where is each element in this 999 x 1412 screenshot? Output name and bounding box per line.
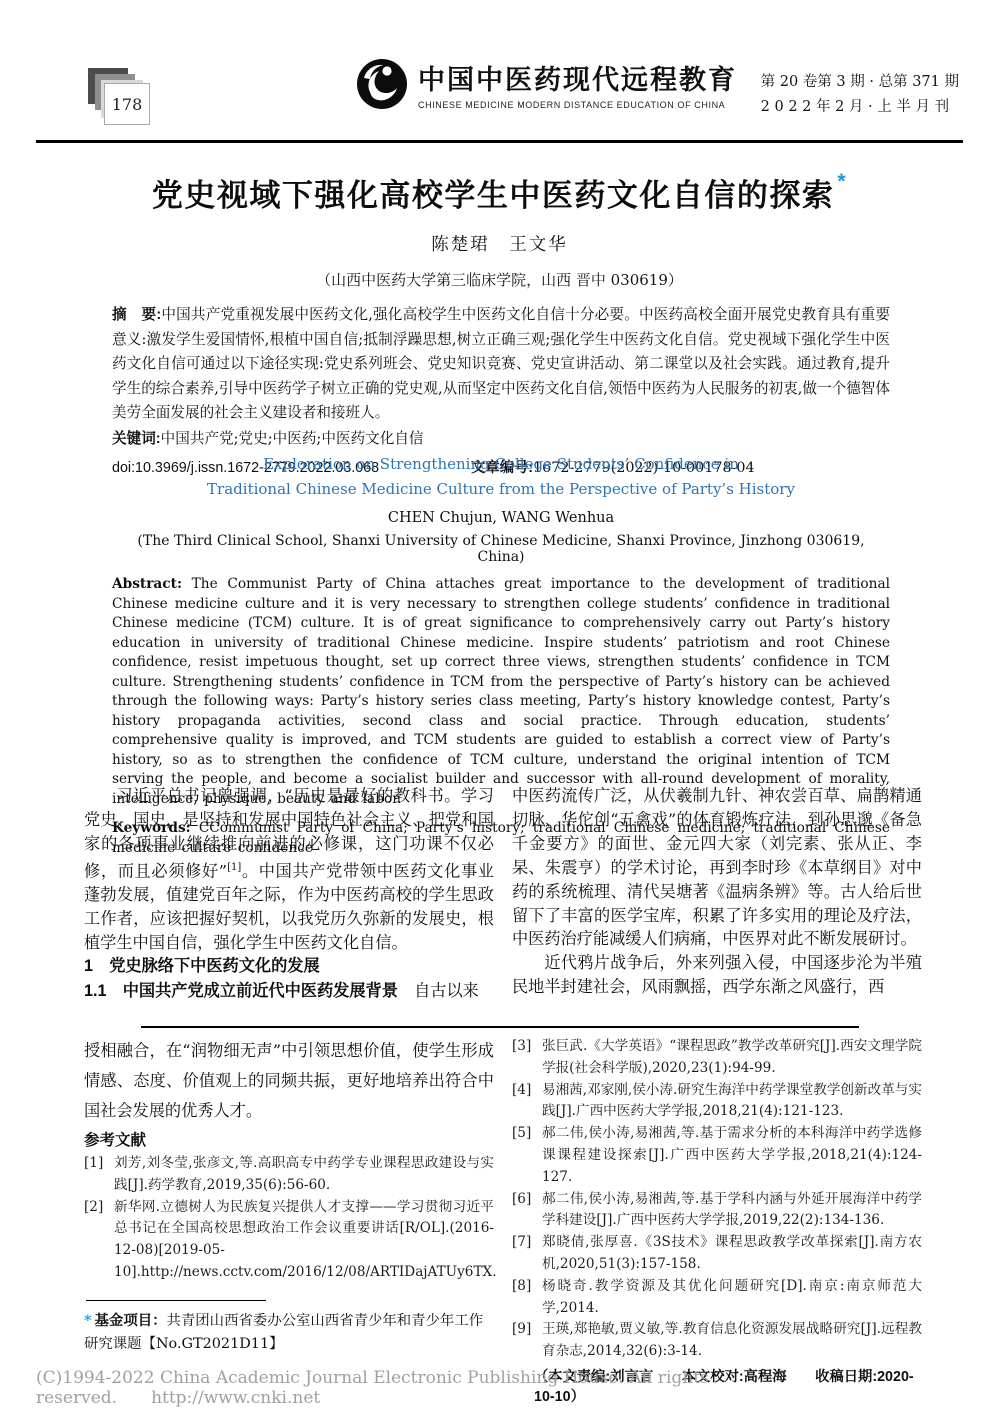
authors: 陈楚珺 王文华 (0, 231, 999, 256)
keywords-cn: 关键词:中国共产党;党史;中医药;中医药文化自信 (112, 427, 890, 452)
affiliation-cn: （山西中医药大学第三临床学院，山西 晋中 030619） (0, 269, 999, 290)
cnki-url: http://www.cnki.net (151, 1388, 320, 1408)
abstract-en: Abstract: The Communist Party of China a… (112, 575, 890, 809)
issue-date: 2 0 2 2 年 2 月 · 上 半 月 刊 (761, 95, 959, 120)
references-list-right: [3]张巨武.《大学英语》“课程思政”教学改革研究[J].西安文理学院学报(社会… (512, 1036, 922, 1363)
funding-label: 基金项目： (95, 1313, 167, 1329)
journal-title-en: CHINESE MEDICINE MODERN DISTANCE EDUCATI… (418, 100, 737, 110)
footnote-asterisk: * (84, 1312, 92, 1329)
reference-item: [1]刘芳,刘冬莹,张彦文,等.高职高专中药学专业课程思政建设与实践[J].药学… (84, 1153, 494, 1197)
funding-footnote: *基金项目：共青团山西省委办公室山西省青少年和青少年工作研究课题【No.GT20… (84, 1309, 494, 1356)
article-title-en-line2: Traditional Chinese Medicine Culture fro… (112, 477, 890, 502)
journal-page: 178 中国中医药现代远程教育 CHINESE MEDICINE MODERN … (0, 0, 999, 1412)
issue-volume: 第 20 卷第 3 期 · 总第 371 期 (761, 70, 959, 95)
abstract-cn-label: 摘 要: (112, 307, 161, 323)
reference-item: [3]张巨武.《大学英语》“课程思政”教学改革研究[J].西安文理学院学报(社会… (512, 1036, 922, 1080)
references-list-left: [1]刘芳,刘冬莹,张彦文,等.高职高专中药学专业课程思政建设与实践[J].药学… (84, 1153, 494, 1284)
keywords-cn-label: 关键词: (112, 431, 161, 447)
body-right-column: 中医药流传广泛，从伏羲制九针、神农尝百草、扁鹊精通切脉、华佗创“五禽戏”的体育锻… (512, 784, 922, 1004)
references-heading: 参考文献 (84, 1128, 494, 1150)
page-number: 178 (104, 83, 150, 125)
copyright-text: (C)1994-2022 China Academic Journal Elec… (36, 1368, 709, 1408)
authors-en: CHEN Chujun, WANG Wenhua (112, 510, 890, 526)
journal-logo-icon (356, 58, 408, 110)
article-title-en: Exploration on Strengthening College Stu… (112, 452, 890, 502)
journal-title-cn: 中国中医药现代远程教育 (418, 58, 737, 97)
bottom-left-column: 授相融合，在“润物细无声”中引领思想价值，使学生形成情感、态度、价值观上的同频共… (84, 1036, 494, 1406)
cnki-footer: (C)1994-2022 China Academic Journal Elec… (36, 1368, 963, 1408)
reference-item: [7]郑晓倩,张厚喜.《3S技术》课程思政教学改革探索[J].南方农机,2020… (512, 1232, 922, 1276)
affiliation-en: (The Third Clinical School, Shanxi Unive… (112, 533, 890, 565)
reference-item: [6]郝二伟,侯小涛,易湘茜,等.基于学科内涵与外延开展海洋中药学学科建设[J]… (512, 1189, 922, 1233)
bottom-columns: 授相融合，在“润物细无声”中引领思想价值，使学生形成情感、态度、价值观上的同频共… (84, 1036, 922, 1406)
body-left-column: 习近平总书记曾强调，“历史是最好的教科书。学习党史、国史，是坚持和发展中国特色社… (84, 784, 494, 1004)
section-1-1-heading: 1.1 中国共产党成立前近代中医药发展背景 自古以来 (84, 979, 494, 1004)
reference-item: [4]易湘茜,邓家刚,侯小涛.研究生海洋中药学课堂教学创新改革与实践[J].广西… (512, 1080, 922, 1124)
journal-brand: 中国中医药现代远程教育 CHINESE MEDICINE MODERN DIST… (356, 58, 737, 110)
title-funding-asterisk: * (837, 170, 847, 193)
reference-item: [9]王瑛,郑艳敏,贾义敏,等.教育信息化资源发展战略研究[J].远程教育杂志,… (512, 1319, 922, 1363)
article-title-en-line1: Exploration on Strengthening College Stu… (112, 452, 890, 477)
citation-mark: [1] (227, 862, 241, 873)
page-number-badge: 178 (88, 68, 150, 126)
title-block: 党史视域下强化高校学生中医药文化自信的探索* 陈楚珺 王文华 （山西中医药大学第… (0, 170, 999, 290)
section-1-heading: 1 党史脉络下中医药文化的发展 (84, 955, 494, 979)
body-columns: 习近平总书记曾强调，“历史是最好的教科书。学习党史、国史，是坚持和发展中国特色社… (84, 784, 922, 1004)
page-header: 178 中国中医药现代远程教育 CHINESE MEDICINE MODERN … (36, 58, 963, 138)
body-paragraph: 近代鸦片战争后，外来列强入侵，中国逐步沦为半殖民地半封建社会，风雨飘摇，西学东渐… (512, 951, 922, 999)
continuation-paragraph: 授相融合，在“润物细无声”中引领思想价值，使学生形成情感、态度、价值观上的同频共… (84, 1036, 494, 1126)
reference-item: [2]新华网.立德树人为民族复兴提供人才支撑——学习贯彻习近平总书记在全国高校思… (84, 1197, 494, 1284)
body-paragraph: 习近平总书记曾强调，“历史是最好的教科书。学习党史、国史，是坚持和发展中国特色社… (84, 784, 494, 955)
header-rule (36, 140, 963, 143)
abstract-cn: 摘 要:中国共产党重视发展中医药文化,强化高校学生中医药文化自信十分必要。中医药… (112, 303, 890, 426)
section-divider-rule (141, 1026, 859, 1028)
abstract-en-label: Abstract: (112, 576, 182, 592)
article-title-cn: 党史视域下强化高校学生中医药文化自信的探索* (152, 170, 847, 215)
reference-item: [8]杨晓奇.教学资源及其优化问题研究[D].南京:南京师范大学,2014. (512, 1276, 922, 1320)
issue-info: 第 20 卷第 3 期 · 总第 371 期 2 0 2 2 年 2 月 · 上… (761, 70, 959, 120)
footnote-rule (86, 1300, 266, 1301)
reference-item: [5]郝二伟,侯小涛,易湘茜,等.基于需求分析的本科海洋中药学选修课课程建设探索… (512, 1123, 922, 1188)
body-paragraph: 中医药流传广泛，从伏羲制九针、神农尝百草、扁鹊精通切脉、华佗创“五禽戏”的体育锻… (512, 784, 922, 951)
bottom-right-column: [3]张巨武.《大学英语》“课程思政”教学改革研究[J].西安文理学院学报(社会… (512, 1036, 922, 1406)
